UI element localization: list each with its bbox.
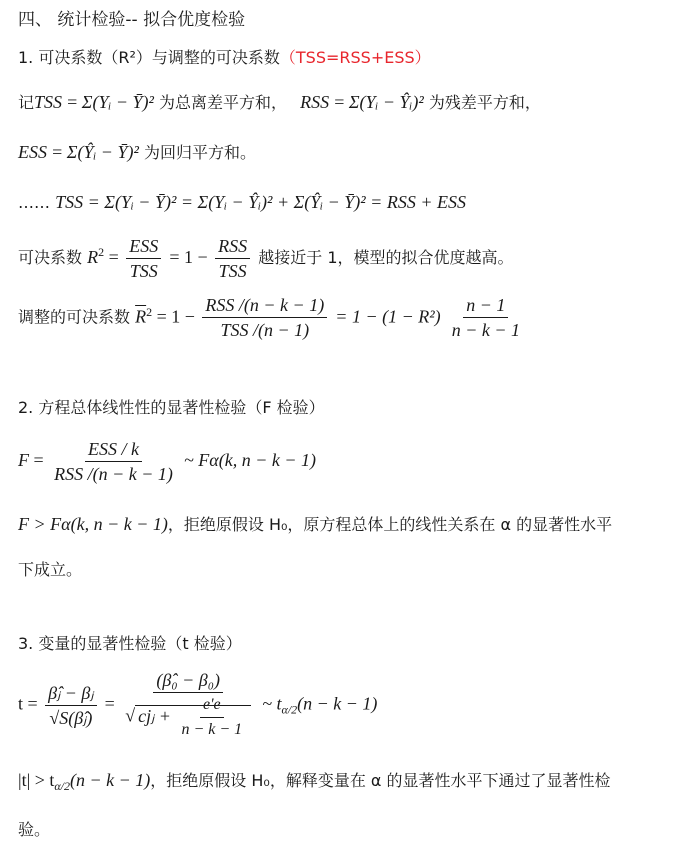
r2-desc: 越接近于 1，模型的拟合优度越高。 [258, 248, 513, 267]
r2-fraction-1: ESSTSS [126, 234, 161, 283]
t-distribution: ~ t [262, 694, 281, 714]
tss-identity: …… TSS = Σ(Yᵢ − Ȳ)² = Σ(Yᵢ − Ŷᵢ)² + Σ(Ŷᵢ… [18, 190, 466, 215]
t-rule-text: ，拒绝原假设 H₀，解释变量在 α 的显著性水平下通过了显著性检 [150, 771, 610, 790]
identity-expr: TSS = Σ(Yᵢ − Ȳ)² = Σ(Yᵢ − Ŷᵢ)² + Σ(Ŷᵢ − … [55, 192, 466, 212]
rss-desc: 为残差平方和， [429, 93, 541, 112]
adjusted-r2-definition: 调整的可决系数 R2 = 1 − RSS /(n − k − 1)TSS /(n… [18, 288, 526, 342]
sub2-title: 2. 方程总体线性性的显著性检验（F 检验） [18, 396, 325, 420]
adj-prefix: 调整的可决系数 [18, 307, 130, 326]
section-heading: 四、 统计检验-- 拟合优度检验 [18, 8, 245, 32]
f-rule-text: ，拒绝原假设 H₀，原方程总体上的线性关系在 α 的显著性水平 [168, 515, 612, 534]
tss-prefix: 记 [18, 93, 34, 112]
tss-desc: 为总离差平方和， [159, 93, 287, 112]
t-statistic-formula: t = β̂ⱼ − βⱼ√S(β̂ⱼ) = (β̂₀ − β₀) √cjⱼ + … [18, 668, 377, 742]
adj-fraction-1: RSS /(n − k − 1)TSS /(n − 1) [202, 293, 327, 342]
r2-fraction-2: RSSTSS [215, 234, 250, 283]
t-decision-rule-cont: 验。 [18, 818, 50, 842]
t-rule-expr: |t| > t [18, 770, 54, 790]
sub1-title-red: （TSS=RSS+ESS） [280, 48, 431, 67]
tss-label: TSS [34, 92, 62, 112]
r2-prefix: 可决系数 [18, 248, 82, 267]
t-decision-rule: |t| > tα/2(n − k − 1)，拒绝原假设 H₀，解释变量在 α 的… [18, 768, 611, 798]
ess-definition: ESS = Σ(Ŷᵢ − Ȳ)² 为回归平方和。 [18, 140, 256, 165]
tss-expr: Σ(Yᵢ − Ȳ)² [82, 92, 154, 112]
f-rule-expr: F > Fα(k, n − k − 1) [18, 514, 168, 534]
ess-expr: Σ(Ŷᵢ − Ȳ)² [67, 142, 139, 162]
t-fraction-2: (β̂₀ − β₀) √cjⱼ + e'en − k − 1 [122, 668, 254, 742]
t-fraction-1: β̂ⱼ − βⱼ√S(β̂ⱼ) [45, 681, 96, 730]
f-statistic-formula: F = ESS / kRSS /(n − k − 1) ~ Fα(k, n − … [18, 436, 316, 486]
tss-rss-definition: 记TSS = Σ(Yᵢ − Ȳ)² 为总离差平方和， RSS = Σ(Yᵢ − … [18, 90, 541, 115]
adj-fraction-2: n − 1n − k − 1 [449, 293, 523, 342]
f-decision-rule-cont: 下成立。 [18, 558, 82, 582]
f-decision-rule: F > Fα(k, n − k − 1)，拒绝原假设 H₀，原方程总体上的线性关… [18, 512, 612, 537]
ess-desc: 为回归平方和。 [144, 143, 256, 162]
sub1-title-text: 1. 可决系数（R²）与调整的可决系数 [18, 48, 280, 67]
adj-mid: = 1 − (1 − R²) [335, 306, 440, 326]
rss-expr: Σ(Yᵢ − Ŷᵢ)² [349, 92, 424, 112]
f-distribution: ~ Fα(k, n − k − 1) [184, 450, 316, 470]
f-fraction: ESS / kRSS /(n − k − 1) [51, 437, 176, 486]
identity-dots: …… [18, 193, 50, 212]
rss-label: RSS [300, 92, 329, 112]
ess-label: ESS [18, 142, 47, 162]
sub3-title: 3. 变量的显著性检验（t 检验） [18, 632, 242, 656]
r2-definition: 可决系数 R2 = ESSTSS = 1 − RSSTSS 越接近于 1，模型的… [18, 228, 514, 283]
sub1-title: 1. 可决系数（R²）与调整的可决系数（TSS=RSS+ESS） [18, 46, 431, 70]
